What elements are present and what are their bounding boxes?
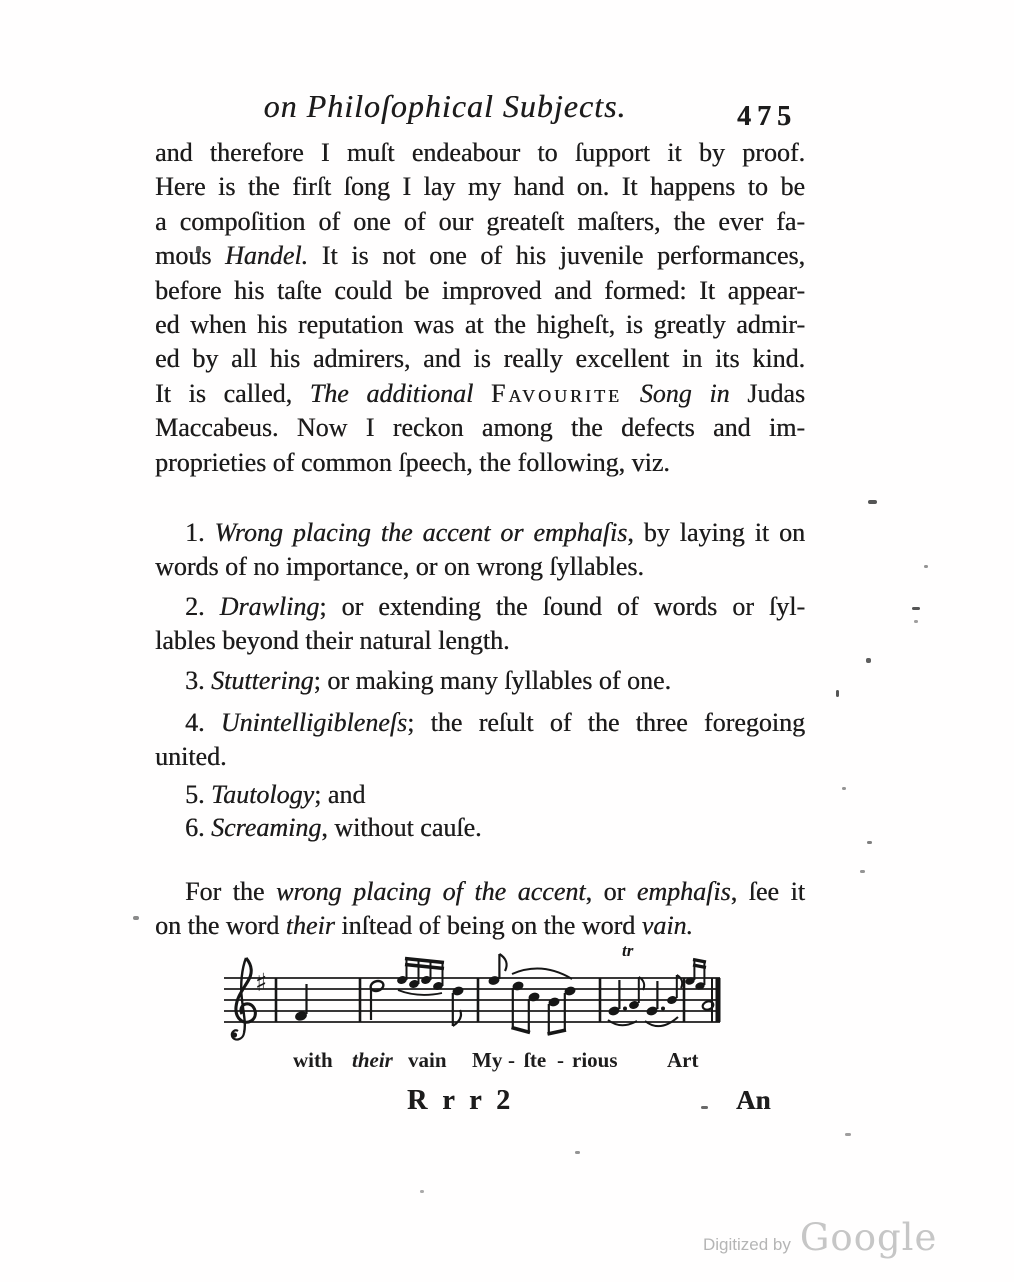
text-segment: wrong placing of the accent: [276, 877, 586, 906]
text-segment: ed by all his admirers, and is really ex…: [155, 344, 805, 373]
text-line: a compoſition of one of our greateſt maſ…: [155, 205, 805, 239]
text-segment: The additional: [310, 379, 491, 408]
ink-speck: [912, 607, 920, 610]
text-segment: a compoſition of one of our greateſt maſ…: [155, 207, 805, 236]
ink-speck: [868, 500, 877, 504]
text-segment: 6.: [185, 813, 211, 842]
text-segment: lables beyond their natural length.: [155, 626, 510, 655]
text-line: proprieties of common ſpeech, the follow…: [155, 446, 805, 480]
text-segment: Wrong placing the accent or emphaſis: [214, 518, 627, 547]
text-segment: and therefore I muſt endeabour to ſuppor…: [155, 138, 805, 167]
text-line: 3. Stuttering; or making many ſyllables …: [155, 664, 805, 698]
text-line: before his taſte could be improved and f…: [155, 274, 805, 308]
treble-clef-icon: [232, 958, 256, 1040]
text-line: on the word their inſtead of being on th…: [155, 909, 805, 943]
text-segment: Tautology: [211, 780, 314, 809]
digitization-watermark: Digitized by Google: [703, 1216, 937, 1259]
text-segment: 1.: [185, 518, 214, 547]
text-segment: 2.: [185, 592, 220, 621]
lyric-word: ſte: [524, 1048, 546, 1073]
text-segment: their: [286, 911, 335, 940]
text-segment: 5.: [185, 780, 211, 809]
text-segment: For the: [185, 877, 276, 906]
lyric-word: with: [293, 1048, 333, 1073]
music-staff: ♯: [222, 944, 722, 1046]
text-segment: ed when his reputation was at the higheſ…: [155, 310, 805, 339]
text-segment: words of no importance, or on wrong ſyll…: [155, 552, 644, 581]
text-segment: ; the reſult of the three foregoing: [407, 708, 805, 737]
ink-speck: [836, 690, 839, 697]
text-segment: It is not one of his juvenile performanc…: [308, 241, 805, 270]
scanned-book-page: on Philoſophical Subjects. 475 and there…: [0, 0, 1014, 1282]
text-line: 5. Tautology; and: [155, 778, 805, 812]
ink-speck: [914, 620, 918, 623]
text-segment: on the word: [155, 911, 286, 940]
text-line: It is called, The additional Favourite S…: [155, 377, 805, 411]
lyric-word: vain: [408, 1048, 447, 1073]
text-segment: emphaſis: [637, 877, 731, 906]
text-segment: ; or extending the ſound of words or ſyl…: [319, 592, 805, 621]
text-line: 6. Screaming, without cauſe.: [155, 811, 805, 845]
paragraph: For the wrong placing of the accent, or …: [155, 875, 805, 944]
lyric-word: rious: [572, 1048, 618, 1073]
google-logo: Google: [800, 1216, 938, 1259]
text-line: words of no importance, or on wrong ſyll…: [155, 550, 805, 584]
text-segment: ; or making many ſyllables of one.: [314, 666, 671, 695]
text-segment: proprieties of common ſpeech, the follow…: [155, 448, 670, 477]
text-line: For the wrong placing of the accent, or …: [155, 875, 805, 909]
text-line: and therefore I muſt endeabour to ſuppor…: [155, 136, 805, 170]
ink-speck: [575, 1151, 580, 1154]
ink-speck: [133, 916, 139, 920]
ink-speck: [842, 787, 846, 790]
text-segment: united.: [155, 742, 227, 771]
lyric-hyphen: -: [557, 1048, 564, 1073]
text-segment: inſtead of being on the word: [335, 911, 642, 940]
text-segment: Song in: [622, 379, 730, 408]
list-item-6: 6. Screaming, without cauſe.: [155, 811, 805, 845]
ink-speck: [860, 870, 865, 873]
text-segment: Favourite: [491, 379, 622, 408]
text-segment: Drawling: [220, 592, 320, 621]
ink-speck: [924, 565, 928, 568]
lyric-hyphen: -: [508, 1048, 515, 1073]
text-segment: , or: [585, 877, 636, 906]
catchword: An: [736, 1085, 771, 1116]
text-line: 1. Wrong placing the accent or emphaſis,…: [155, 516, 805, 550]
text-segment: Handel.: [225, 241, 308, 270]
trill-marking: tr: [622, 944, 634, 960]
text-segment: Here is the firſt ſong I lay my hand on.…: [155, 172, 805, 201]
ink-speck: [845, 1133, 851, 1136]
music-example: ♯: [222, 944, 722, 1094]
list-item-4: 4. Unintelligibleneſs; the reſult of the…: [155, 706, 805, 775]
list-item-3: 3. Stuttering; or making many ſyllables …: [155, 664, 805, 698]
text-segment: , without cauſe.: [321, 813, 481, 842]
gathering-signature: R r r 2: [407, 1085, 514, 1117]
list-item-5: 5. Tautology; and: [155, 778, 805, 812]
text-segment: 3.: [185, 666, 211, 695]
text-line: 4. Unintelligibleneſs; the reſult of the…: [155, 706, 805, 740]
list-item-1: 1. Wrong placing the accent or emphaſis,…: [155, 516, 805, 585]
page-number: 475: [737, 101, 797, 133]
text-segment: before his taſte could be improved and f…: [155, 276, 805, 305]
text-segment: , by laying it on: [627, 518, 805, 547]
paragraph: and therefore I muſt endeabour to ſuppor…: [155, 136, 805, 480]
text-line: 2. Drawling; or extending the ſound of w…: [155, 590, 805, 624]
text-segment: , ſee it: [731, 877, 805, 906]
digitized-by-label: Digitized by: [703, 1235, 791, 1255]
text-segment: Maccabeus. Now I reckon among the defect…: [155, 413, 805, 442]
text-line: mous Handel. It is not one of his juveni…: [155, 239, 805, 273]
text-segment: It is called,: [155, 379, 310, 408]
ink-speck: [866, 658, 871, 663]
key-signature-sharp: ♯: [255, 968, 267, 997]
text-segment: mous: [155, 241, 225, 270]
text-segment: 4.: [185, 708, 221, 737]
text-line: ed when his reputation was at the higheſ…: [155, 308, 805, 342]
ink-speck: [701, 1106, 708, 1109]
running-title: on Philoſophical Subjects.: [175, 88, 715, 125]
text-line: united.: [155, 740, 805, 774]
text-line: ed by all his admirers, and is really ex…: [155, 342, 805, 376]
text-segment: Screaming: [211, 813, 321, 842]
ink-speck: [196, 246, 201, 253]
text-segment: Judas: [730, 379, 805, 408]
lyric-word: Art: [667, 1048, 698, 1073]
lyric-word: My: [472, 1048, 502, 1073]
text-segment: Unintelligibleneſs: [221, 708, 407, 737]
text-segment: vain.: [642, 911, 693, 940]
text-line: Maccabeus. Now I reckon among the defect…: [155, 411, 805, 445]
list-item-2: 2. Drawling; or extending the ſound of w…: [155, 590, 805, 659]
lyric-word: their: [352, 1048, 393, 1073]
ink-speck: [420, 1190, 424, 1193]
text-line: lables beyond their natural length.: [155, 624, 805, 658]
text-line: Here is the firſt ſong I lay my hand on.…: [155, 170, 805, 204]
ink-speck: [867, 841, 872, 844]
text-segment: Stuttering: [211, 666, 314, 695]
text-segment: ; and: [314, 780, 365, 809]
